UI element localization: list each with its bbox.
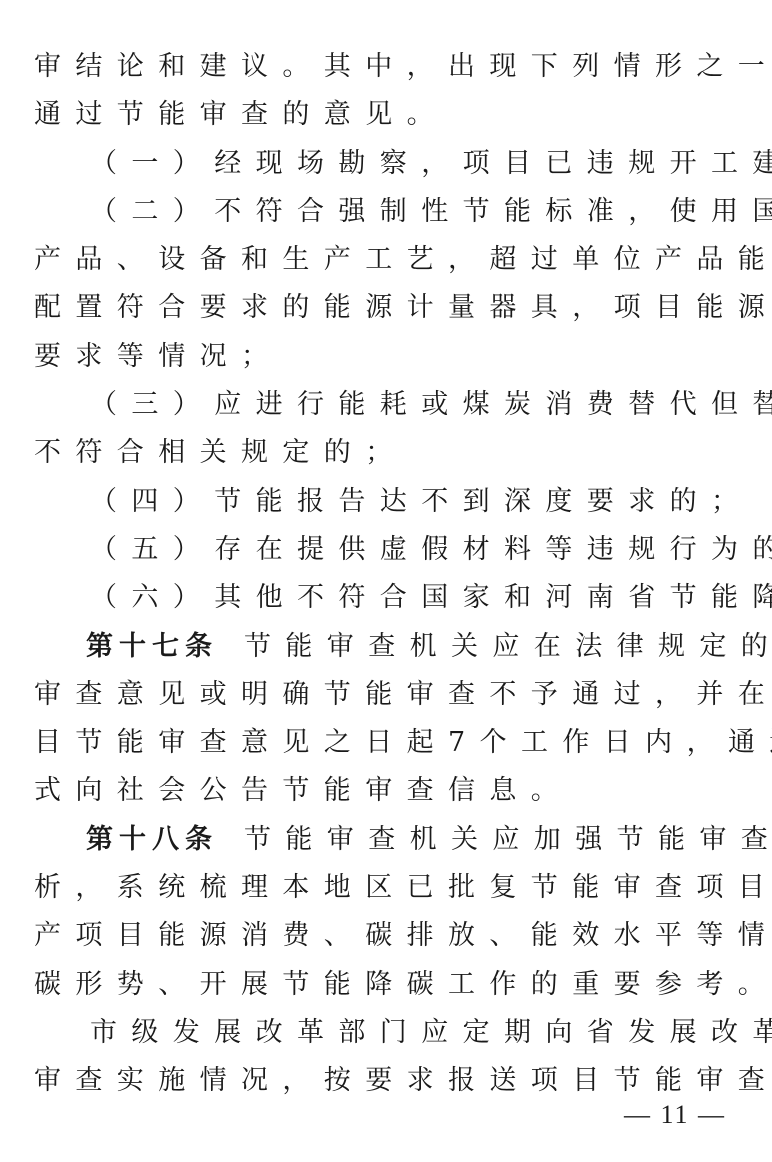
text-line: 产项目能源消费、碳排放、能效水平等情况，作为研判节能降 [34, 912, 742, 960]
paragraph-final-first-line: 市级发展改革部门应定期向省发展改革委报告本地区节能 [34, 1009, 742, 1057]
text-line: 审查实施情况，按要求报送项目节能审查信息和已投产项目调 [34, 1057, 742, 1105]
article-18-heading: 第十八条 [86, 824, 218, 855]
text-line: 碳形势、开展节能降碳工作的重要参考。 [34, 961, 742, 1009]
page-number: — 11 — [620, 1100, 730, 1130]
document-page: 审结论和建议。其中，出现下列情形之一的项目，应出具不予 通过节能审查的意见。 （… [34, 43, 742, 1106]
list-item-5: （五）存在提供虚假材料等违规行为的； [34, 526, 742, 574]
list-item-1: （一）经现场勘察，项目已违规开工建设的； [34, 140, 742, 188]
text-line: 式向社会公告节能审查信息。 [34, 767, 742, 815]
text-line: 审结论和建议。其中，出现下列情形之一的项目，应出具不予 [34, 43, 742, 91]
text-line: 产品、设备和生产工艺，超过单位产品能耗限额标准用能；未 [34, 236, 742, 284]
text-line: 要求等情况； [34, 333, 742, 381]
text-line: 配置符合要求的能源计量器具，项目能源管理体系不符合规定 [34, 284, 742, 332]
article-17-first-line: 第十七条节能审查机关应在法律规定的时限内出具节能 [34, 623, 742, 671]
text-line: 析，系统梳理本地区已批复节能审查项目情况，定期调度已投 [34, 864, 742, 912]
article-18-text: 节能审查机关应加强节能审查信息的统计分 [244, 824, 772, 855]
list-item-3: （三）应进行能耗或煤炭消费替代但替代方案和替代措施 [34, 381, 742, 429]
list-item-6: （六）其他不符合国家和河南省节能降碳相关规定的。 [34, 574, 742, 622]
text-line: 目节能审查意见之日起7个工作日内，通过其网站或者其他方 [34, 719, 742, 767]
article-17-text: 节能审查机关应在法律规定的时限内出具节能 [244, 631, 772, 662]
text-line: 审查意见或明确节能审查不予通过，并在出具固定资产投资项 [34, 671, 742, 719]
text-line: 通过节能审查的意见。 [34, 91, 742, 139]
article-18-first-line: 第十八条节能审查机关应加强节能审查信息的统计分 [34, 816, 742, 864]
article-17-heading: 第十七条 [86, 631, 218, 662]
list-item-2: （二）不符合强制性节能标准，使用国家明令淘汰的用能 [34, 188, 742, 236]
list-item-4: （四）节能报告达不到深度要求的； [34, 478, 742, 526]
text-line: 不符合相关规定的； [34, 429, 742, 477]
